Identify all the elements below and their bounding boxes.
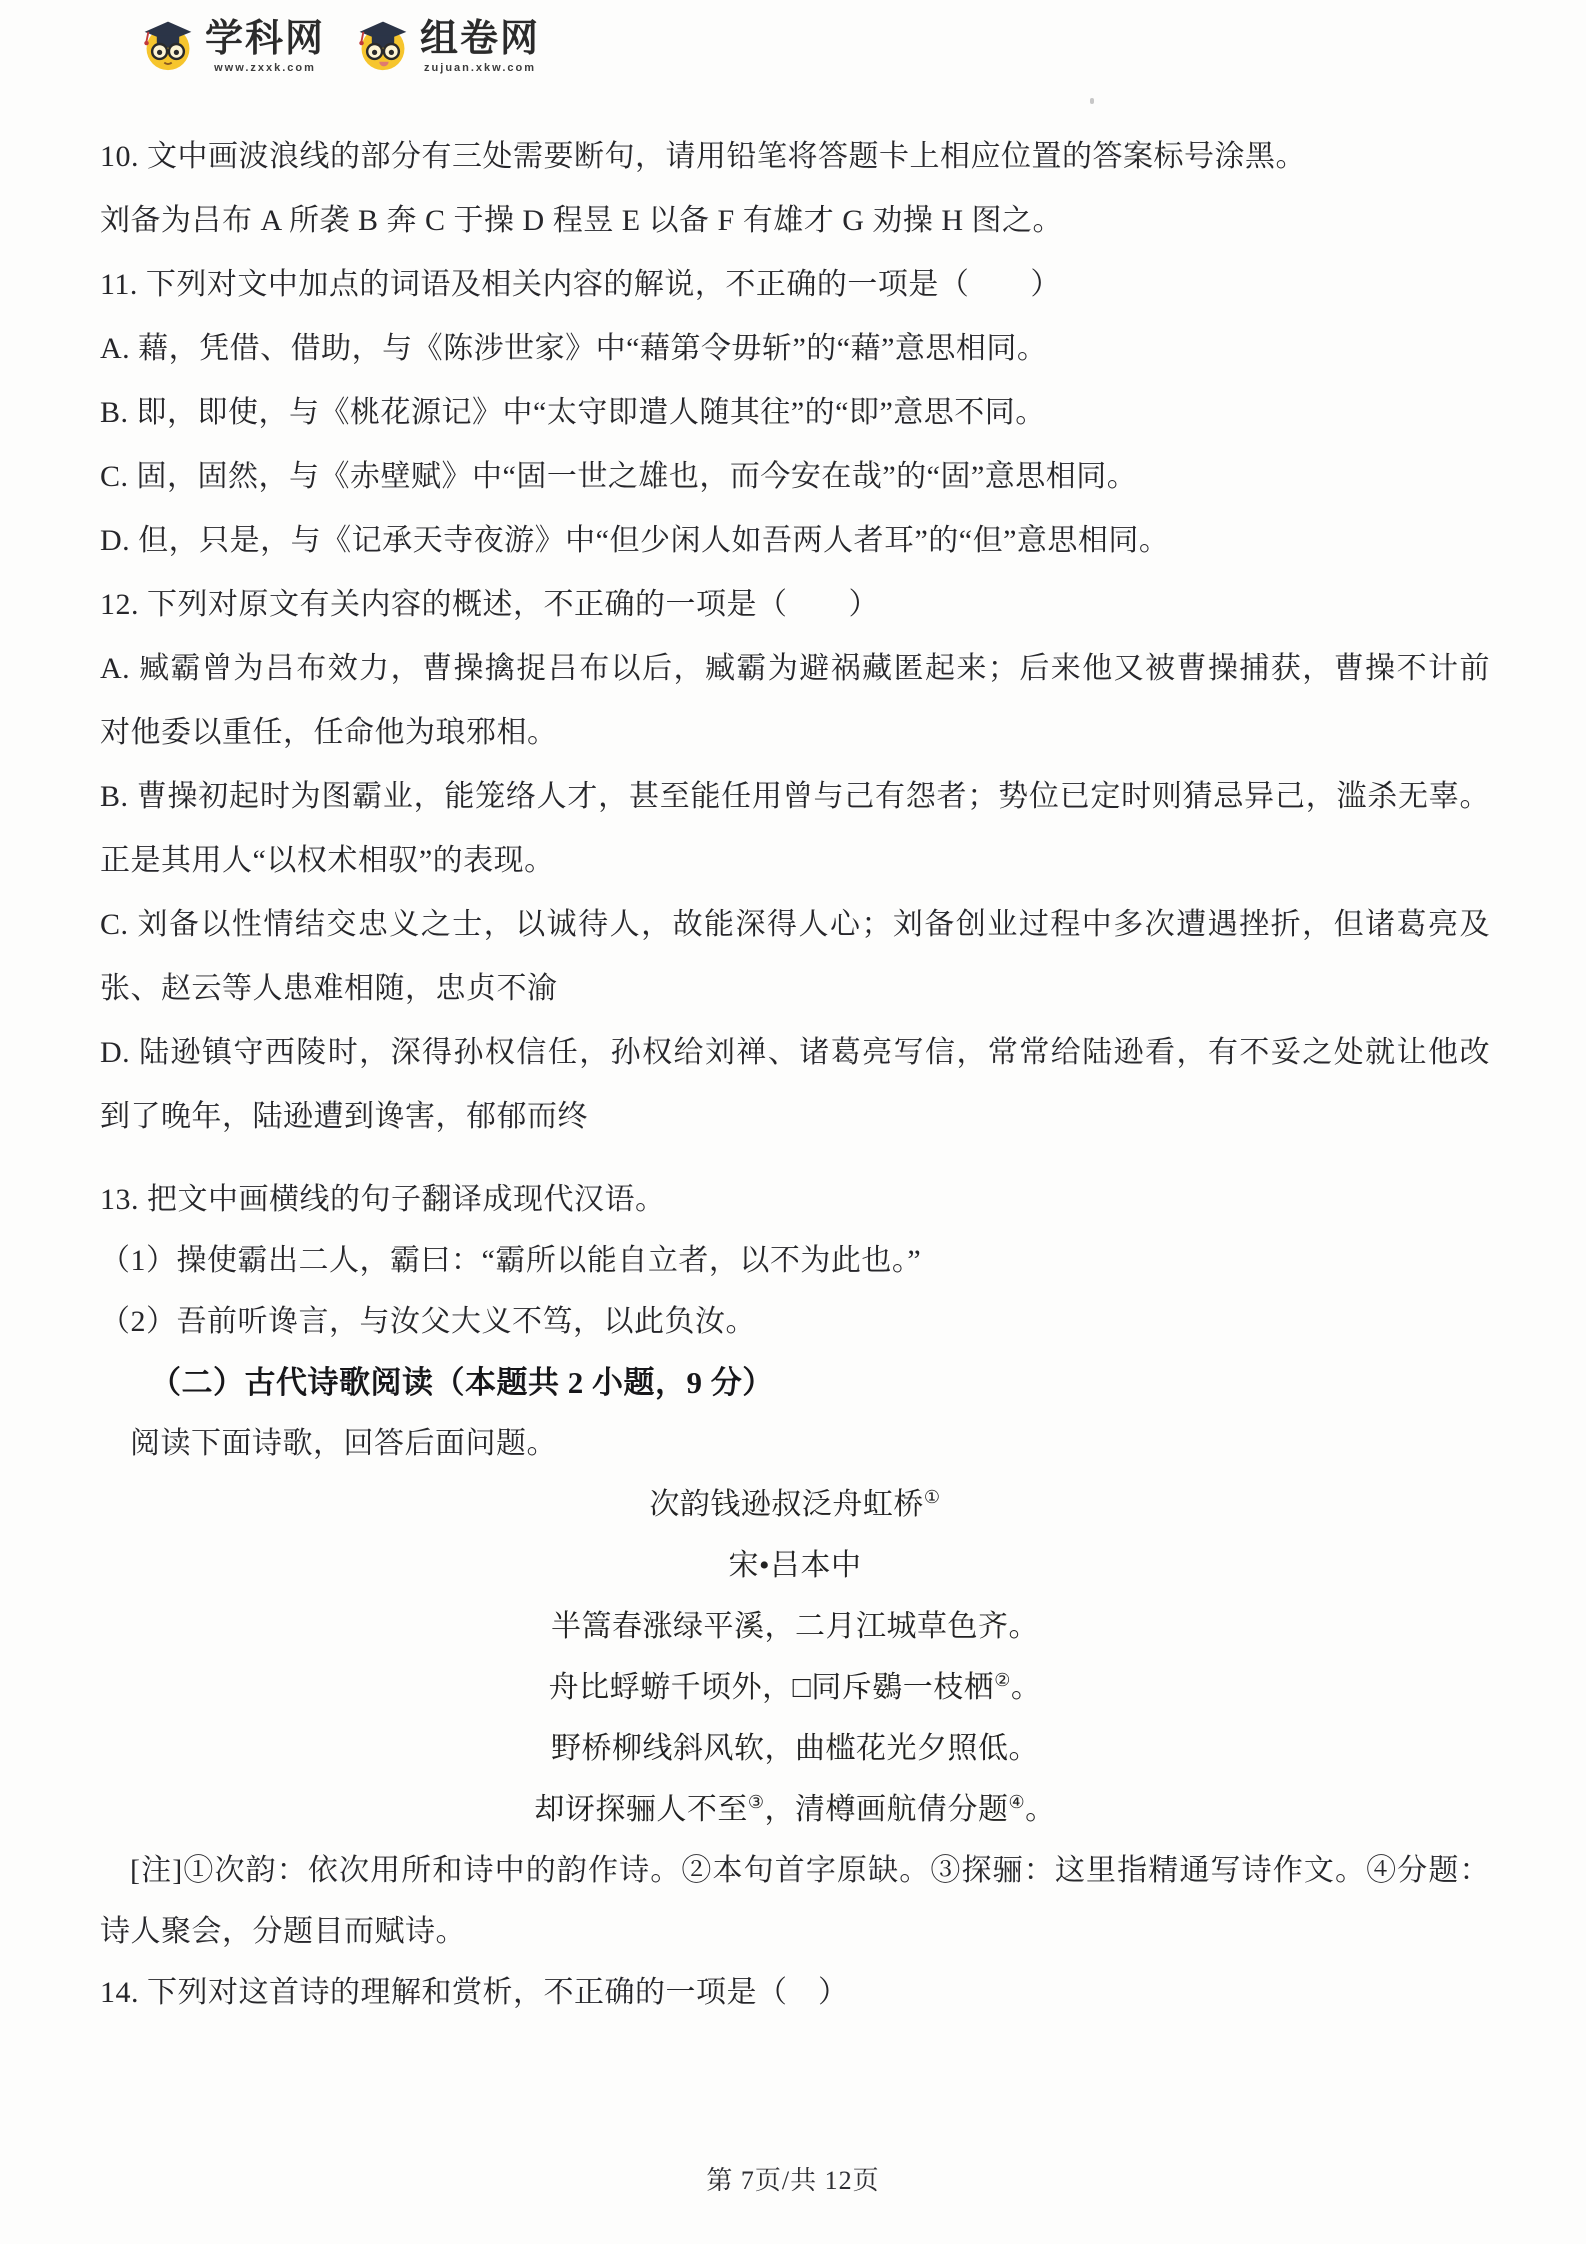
poem-line-2: 舟比蜉蝣千顷外，□同斥鷃一枝栖②。	[100, 1657, 1490, 1718]
q12-option-a-line1: A. 臧霸曾为吕布效力，曹操擒捉吕布以后，臧霸为避祸藏匿起来；后来他又被曹操捕获…	[100, 637, 1490, 701]
question-13: 13. 把文中画横线的句子翻译成现代汉语。	[100, 1169, 1490, 1230]
scan-artifact-dot	[1090, 98, 1094, 104]
q11-option-a: A. 藉，凭借、借助，与《陈涉世家》中“藉第令毋斩”的“藉”意思相同。	[100, 317, 1490, 381]
logo-url: zujuan.xkw.com	[420, 62, 540, 74]
footnote-marker-1: ①	[924, 1487, 941, 1507]
q11-option-d: D. 但，只是，与《记承天寺夜游》中“但少闲人如吾两人者耳”的“但”意思相同。	[100, 509, 1490, 573]
q10-break-sentence: 刘备为吕布 A 所袭 B 奔 C 于操 D 程昱 E 以备 F 有雄才 G 劝操…	[100, 189, 1490, 253]
scholar-face-icon	[140, 16, 196, 77]
poem-line-1: 半篙春涨绿平溪，二月江城草色齐。	[100, 1596, 1490, 1657]
q13-sentence-1: （1）操使霸出二人，霸曰：“霸所以能自立者，以不为此也。”	[100, 1230, 1490, 1291]
exam-content: 10. 文中画波浪线的部分有三处需要断句，请用铅笔将答题卡上相应位置的答案标号涂…	[100, 125, 1490, 2023]
q12-option-b-line1: B. 曹操初起时为图霸业，能笼络人才，甚至能任用曾与己有怨者；势位已定时则猜忌异…	[100, 765, 1490, 829]
q12-option-b-line2: 正是其用人“以权术相驭”的表现。	[100, 829, 1490, 893]
footnote-marker-3: ③	[748, 1792, 765, 1812]
logo-title: 组卷网	[420, 20, 540, 58]
scholar-face-icon	[355, 16, 411, 77]
q12-option-a-line2: 对他委以重任，任命他为琅邪相。	[100, 701, 1490, 765]
logo-url: www.zxxk.com	[205, 62, 325, 74]
footnote-marker-4: ④	[1009, 1792, 1026, 1812]
q11-option-b: B. 即，即使，与《桃花源记》中“太守即遣人随其往”的“即”意思不同。	[100, 381, 1490, 445]
exam-page: 学科网 www.zxxk.com	[0, 0, 1586, 2244]
question-12: 12. 下列对原文有关内容的概述，不正确的一项是（ ）	[100, 573, 1490, 637]
q12-option-c-line1: C. 刘备以性情结交忠义之士，以诚待人，故能深得人心；刘备创业过程中多次遭遇挫折…	[100, 893, 1490, 957]
question-10: 10. 文中画波浪线的部分有三处需要断句，请用铅笔将答题卡上相应位置的答案标号涂…	[100, 125, 1490, 189]
poem-intro: 阅读下面诗歌，回答后面问题。	[100, 1413, 1490, 1474]
page-number: 第 7页/共 12页	[0, 2160, 1586, 2197]
q12-option-d-line1: D. 陆逊镇守西陵时，深得孙权信任，孙权给刘禅、诸葛亮写信，常常给陆逊看，有不妥…	[100, 1021, 1490, 1085]
zujuanwang-logo: 组卷网 zujuan.xkw.com	[355, 16, 540, 77]
question-11: 11. 下列对文中加点的词语及相关内容的解说，不正确的一项是（ ）	[100, 253, 1490, 317]
q11-option-c: C. 固，固然，与《赤壁赋》中“固一世之雄也，而今安在哉”的“固”意思相同。	[100, 445, 1490, 509]
poem-line-4: 却讶探骊人不至③，清樽画航倩分题④。	[100, 1779, 1490, 1840]
poem-title: 次韵钱逊叔泛舟虹桥①	[100, 1474, 1490, 1535]
poem-line-3: 野桥柳线斜风软，曲槛花光夕照低。	[100, 1718, 1490, 1779]
section-2-heading: （二）古代诗歌阅读（本题共 2 小题，9 分）	[100, 1352, 1490, 1413]
logo-title: 学科网	[205, 20, 325, 58]
footnote-marker-2: ②	[994, 1670, 1011, 1690]
q13-sentence-2: （2）吾前听谗言，与汝父大义不笃，以此负汝。	[100, 1291, 1490, 1352]
poem-author: 宋•吕本中	[100, 1535, 1490, 1596]
poem-note-line1: [注]①次韵：依次用所和诗中的韵作诗。②本句首字原缺。③探骊：这里指精通写诗作文…	[100, 1840, 1490, 1901]
q12-option-c-line2: 张、赵云等人患难相随，忠贞不渝	[100, 957, 1490, 1021]
poem-note-line2: 诗人聚会，分题目而赋诗。	[100, 1901, 1490, 1962]
q12-option-d-line2: 到了晚年，陆逊遭到谗害，郁郁而终	[100, 1085, 1490, 1149]
header-logos: 学科网 www.zxxk.com	[140, 16, 540, 77]
question-14: 14. 下列对这首诗的理解和赏析，不正确的一项是（ ）	[100, 1962, 1490, 2023]
xuekewang-logo: 学科网 www.zxxk.com	[140, 16, 325, 77]
